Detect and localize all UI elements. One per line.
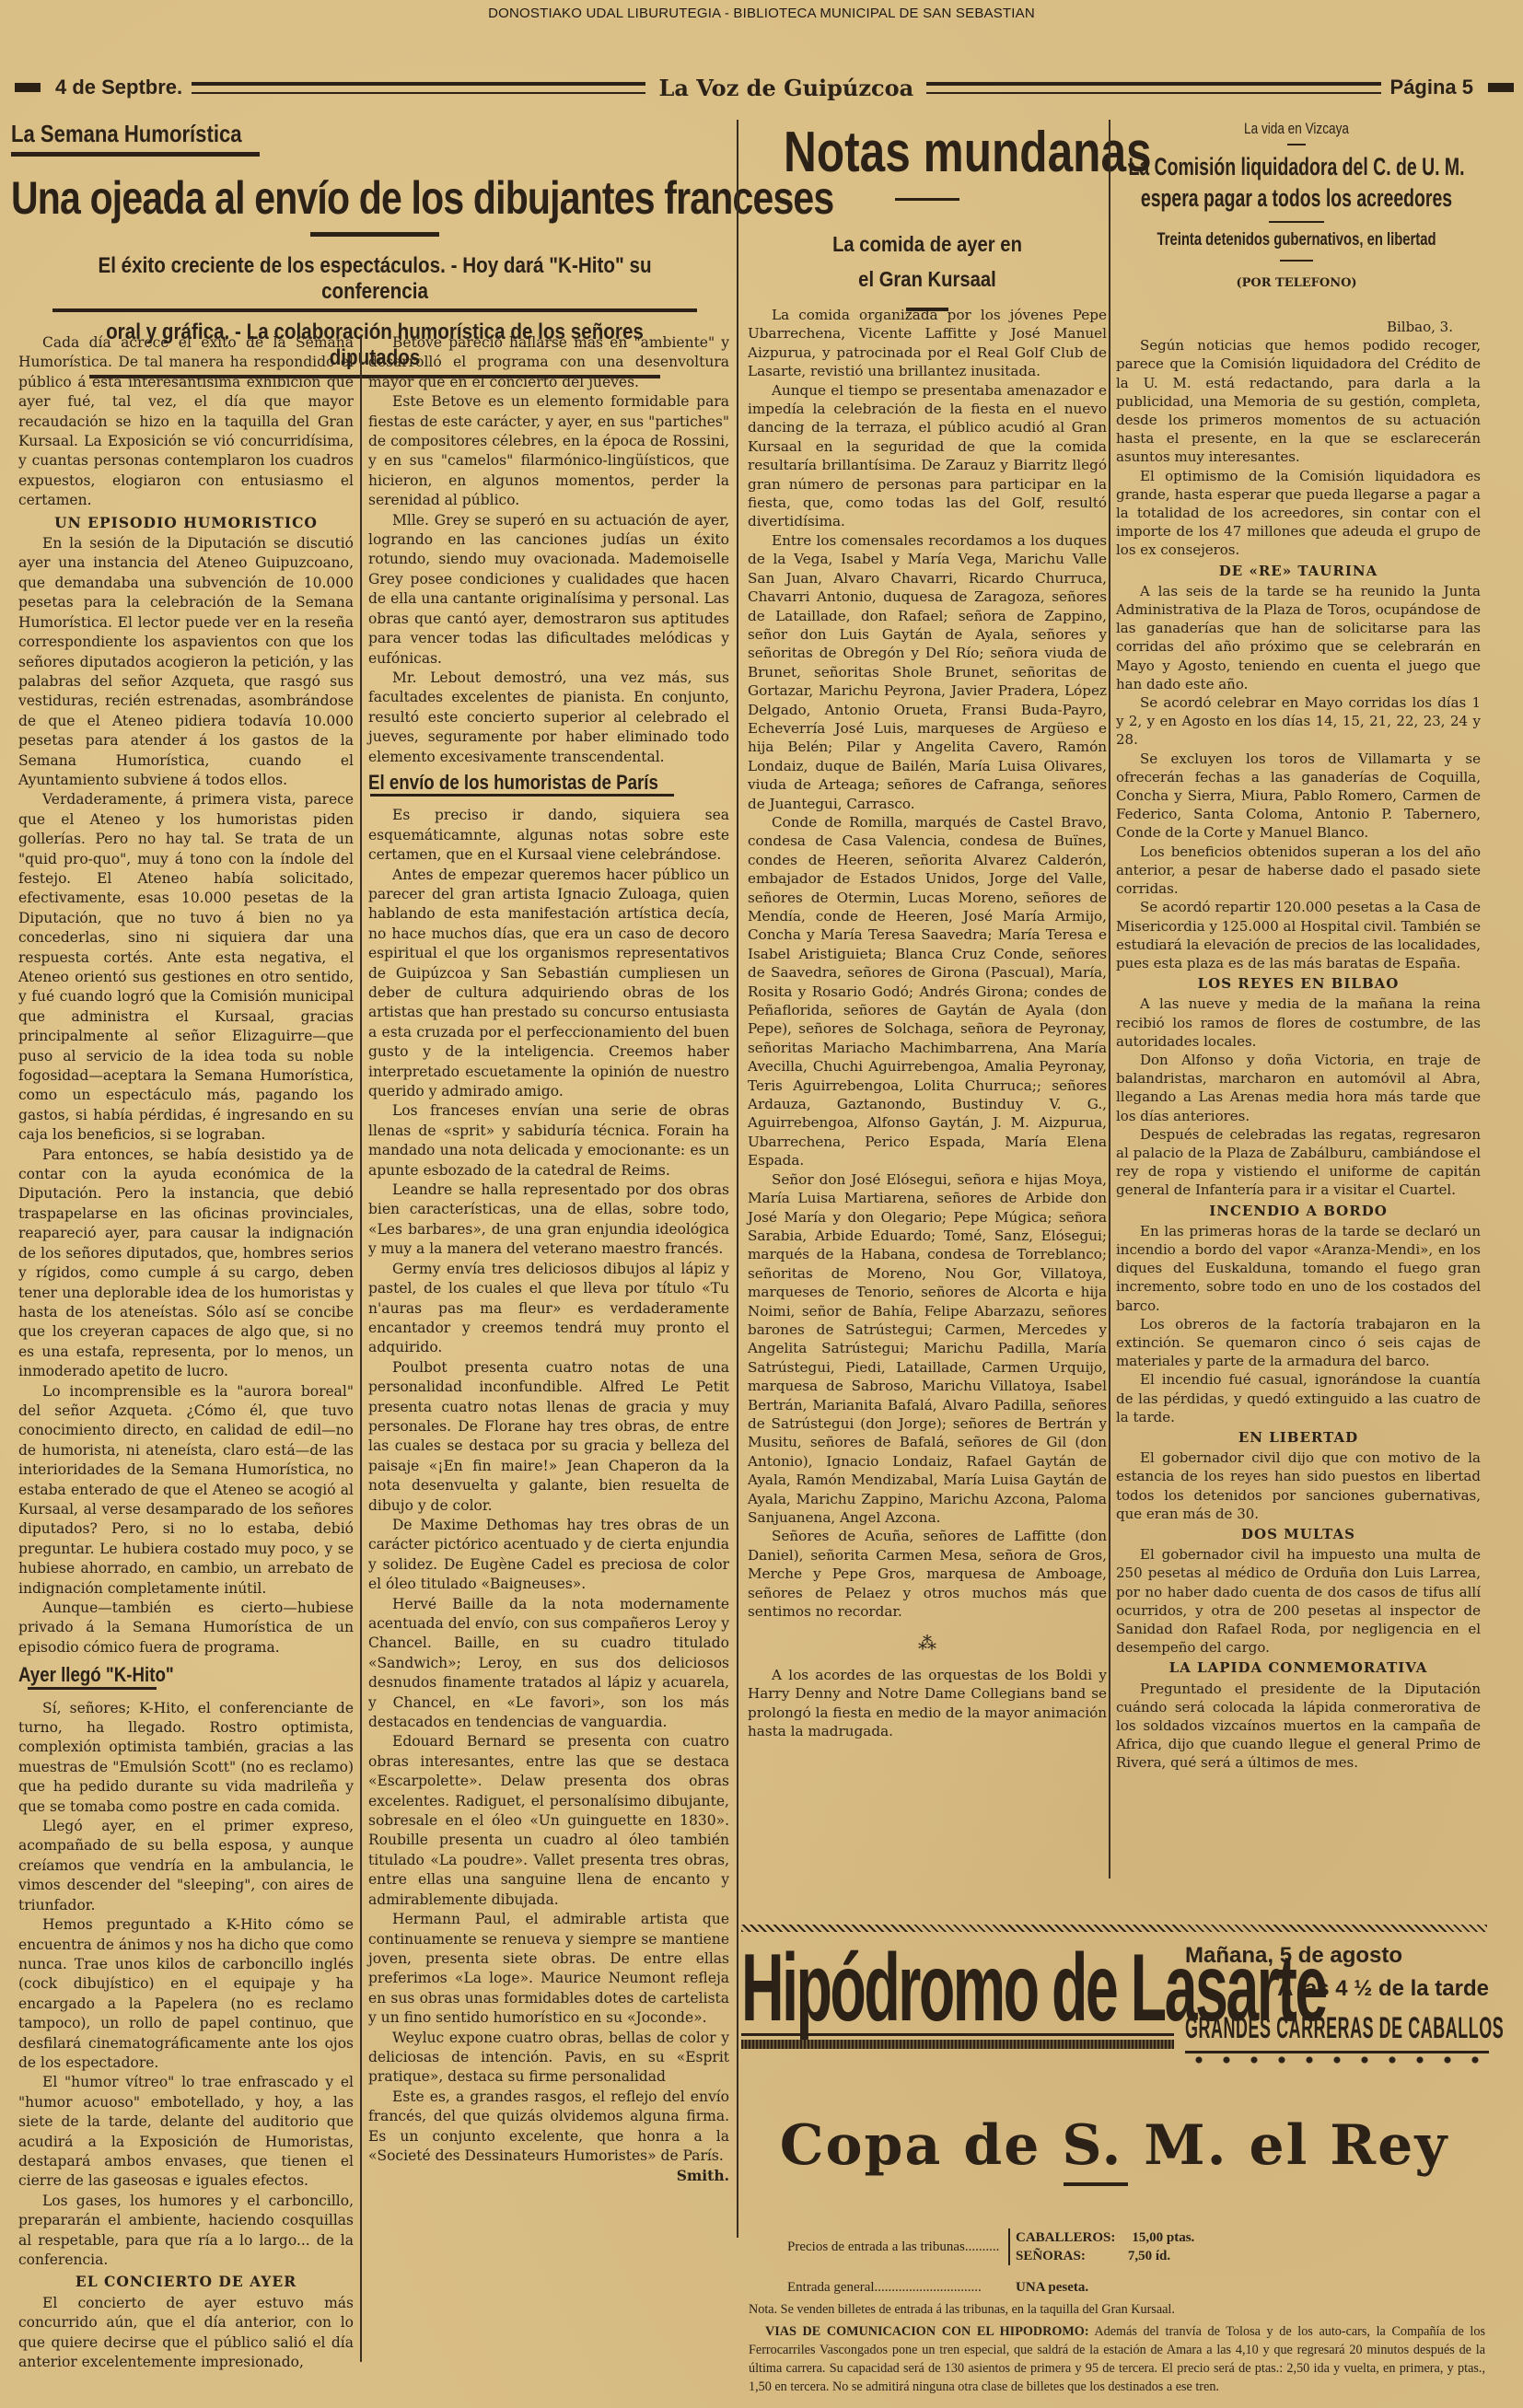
paragraph: Poulbot presenta cuatro notas de una per… (368, 1358, 729, 1516)
masthead: 4 de Septbre. La Voz de Guipúzcoa Página… (9, 72, 1519, 103)
paragraph: De Maxime Dethomas hay tres obras de un … (368, 1516, 729, 1595)
headline-rule (1269, 221, 1324, 223)
paragraph: Se excluyen los toros de Villamarta y se… (1116, 750, 1481, 843)
headline: Una ojeada al envío de los dibujantes fr… (11, 171, 608, 225)
paragraph: Los beneficios obtenidos superan a los d… (1116, 843, 1481, 899)
advert-title: Hipódromo de Lasarte (741, 1934, 1016, 2043)
paragraph: Señores de Acuña, señores de Laffitte (d… (748, 1527, 1107, 1621)
advert-event: GRANDES CARRERAS DE CABALLOS (1185, 2011, 1355, 2045)
cup-rule (1064, 2182, 1128, 2186)
paragraph: Se acordó repartir 120.000 pesetas a la … (1116, 898, 1481, 972)
subhead-rule (1280, 260, 1313, 262)
subheading: UN EPISODIO HUMORISTICO (18, 513, 354, 532)
column-2: Betove pareció hallarse mas en "ambiente… (368, 333, 729, 2186)
paragraph: Entre los comensales recordamos a los du… (748, 531, 1107, 813)
paragraph: Betove pareció hallarse mas en "ambiente… (368, 333, 729, 392)
masthead-rule (192, 82, 645, 94)
section-label: La Semana Humorística (11, 120, 630, 148)
paragraph: Para entonces, se había desistido ya de … (18, 1146, 354, 1382)
section-underline (11, 152, 260, 157)
paragraph: El concierto de ayer estuvo más concurri… (18, 2294, 354, 2373)
paragraph: Después de celebradas las regatas, regre… (1116, 1125, 1481, 1200)
zigzag-border (741, 1925, 1487, 1932)
paragraph: Llegó ayer, en el primer expreso, acompa… (18, 1817, 354, 1915)
subheading: LOS REYES EN BILBAO (1116, 974, 1481, 993)
advert-date: Mañana, 5 de agosto (1185, 1943, 1489, 1969)
notas-subhead: La comida de ayer en el Gran Kursaal (830, 227, 1024, 297)
price-value: 7,50 íd. (1128, 2247, 1170, 2265)
ornament-icon: ⁂ (748, 1634, 1107, 1652)
subheading: EN LIBERTAD (1116, 1428, 1481, 1447)
paragraph: El gobernador civil ha impuesto una mult… (1116, 1545, 1481, 1657)
notas-headline: Notas mundanas (784, 120, 1071, 185)
subheading: LA LAPIDA CONMEMORATIVA (1116, 1658, 1481, 1677)
vizcaya-subhead: Treinta detenidos gubernativos, en liber… (1155, 230, 1439, 250)
vizcaya-body: Bilbao, 3. Según noticias que hemos podi… (1116, 318, 1481, 1773)
dateline: Bilbao, 3. (1116, 318, 1481, 336)
price-label: CABALLEROS: (1016, 2228, 1115, 2247)
vizcaya-section: La vida en Vizcaya (1151, 120, 1443, 138)
paragraph: Hemos preguntado a K-Hito cómo se encuen… (18, 1915, 354, 2073)
general-entry-value: UNA peseta. (1008, 2280, 1088, 2296)
subheading: INCENDIO A BORDO (1116, 1202, 1481, 1220)
diamond-border (1185, 2051, 1489, 2066)
subheading: DOS MULTAS (1116, 1525, 1481, 1543)
newspaper-title: La Voz de Guipúzcoa (645, 75, 926, 101)
price-value: 15,00 ptas. (1132, 2228, 1194, 2247)
paragraph: Mr. Lebout demostró, una vez más, sus fa… (368, 669, 729, 767)
paragraph: A las nueve y media de la mañana la rein… (1116, 995, 1481, 1051)
transport-title: VIAS DE COMUNICACION CON EL HIPODROMO: (765, 2324, 1089, 2339)
price-label: SEÑORAS: (1016, 2247, 1086, 2265)
paragraph: Don Alfonso y doña Victoria, en traje de… (1116, 1051, 1481, 1125)
paragraph: Leandre se halla representado por dos ob… (368, 1181, 729, 1260)
title-rule-hatched (741, 2040, 1174, 2049)
paragraph: Los obreros de la factoría trabajaron en… (1116, 1315, 1481, 1371)
k-hito-heading: Ayer llegó "K-Hito" (18, 1665, 303, 1684)
paragraph: Verdaderamente, á primera vista, parece … (18, 790, 354, 1145)
vizcaya-headline: La Comisión liquidadora del C. de U. M. … (1118, 151, 1476, 214)
paragraph: Cada día acrece el éxito de la Semana Hu… (18, 333, 354, 511)
section-rule (1287, 144, 1306, 145)
paragraph: Germy envía tres deliciosos dibujos al l… (368, 1260, 729, 1358)
subheading: DE «RE» TAURINA (1116, 562, 1481, 580)
cup-title: Copa de S. M. el Rey (741, 2113, 1487, 2178)
paragraph: Lo incomprensible es la "aurora boreal" … (18, 1382, 354, 1599)
paragraph: Sí, señores; K-Hito, el conferenciante d… (18, 1699, 354, 1817)
headline-rule (310, 232, 439, 237)
paragraph: Según noticias que hemos podido recoger,… (1116, 336, 1481, 466)
notas-header: Notas mundanas La comida de ayer en el G… (748, 120, 1107, 311)
paragraph: A los acordes de las orquestas de los Bo… (748, 1666, 1107, 1741)
advert-time: A las 4 ½ de la tarde (1185, 1976, 1489, 2002)
column-divider (737, 120, 738, 2238)
subheadline-1: El éxito creciente de los espectáculos. … (62, 253, 687, 305)
paragraph: Aunque el tiempo se presentaba amenazado… (748, 381, 1107, 531)
advert-notes: Nota. Se venden billetes de entrada á la… (749, 2300, 1485, 2396)
subhead-rule (52, 308, 697, 312)
advert-note: Nota. Se venden billetes de entrada á la… (749, 2300, 1485, 2319)
heading-underline (28, 1687, 157, 1690)
paragraph: Es preciso ir dando, siquiera sea esquem… (368, 806, 729, 865)
heading-underline (370, 794, 674, 797)
signature: Smith. (368, 2166, 729, 2185)
paragraph: Este es, a grandes rasgos, el reflejo de… (368, 2088, 729, 2167)
paragraph: Los gases, los humores y el carboncillo,… (18, 2192, 354, 2271)
paris-heading: El envío de los humoristas de París (368, 773, 675, 792)
paragraph: El "humor vítreo" lo trae enfrascado y e… (18, 2073, 354, 2191)
title-rule (741, 2033, 1174, 2036)
subheading: EL CONCIERTO DE AYER (18, 2272, 354, 2291)
paragraph: Los franceses envían una serie de obras … (368, 1101, 729, 1181)
paragraph: Conde de Romilla, marqués de Castel Brav… (748, 813, 1107, 1170)
paragraph: En la sesión de la Diputación se discuti… (18, 534, 354, 790)
headline-rule (895, 198, 959, 201)
paragraph: La comida organizada por los jóvenes Pep… (748, 306, 1107, 381)
paragraph: A las seis de la tarde se ha reunido la … (1116, 582, 1481, 693)
issue-date: 4 de Septbre. (46, 76, 192, 99)
vizcaya-header: La vida en Vizcaya La Comisión liquidado… (1114, 120, 1479, 290)
paragraph: El gobernador civil dijo que con motivo … (1116, 1448, 1481, 1523)
transport-info: VIAS DE COMUNICACION CON EL HIPODROMO: A… (749, 2322, 1485, 2396)
page-number: Página 5 (1381, 76, 1482, 99)
paragraph: Weyluc expone cuatro obras, bellas de co… (368, 2029, 729, 2088)
column-divider (360, 336, 362, 2362)
paragraph: Mlle. Grey se superó en su actuación de … (368, 511, 729, 669)
paragraph: Señor don José Elósegui, señora e hijas … (748, 1170, 1107, 1528)
archive-watermark: DONOSTIAKO UDAL LIBURUTEGIA - BIBLIOTECA… (0, 6, 1523, 21)
paragraph: Hervé Baille da la nota modernamente ace… (368, 1595, 729, 1733)
price-list: CABALLEROS:15,00 ptas. SEÑORAS:7,50 íd. (1008, 2228, 1194, 2265)
paragraph: Edouard Bernard se presenta con cuatro o… (368, 1732, 729, 1910)
paragraph: El optimismo de la Comisión liquidadora … (1116, 467, 1481, 560)
ornament-right (1488, 83, 1514, 92)
column-1: Cada día acrece el éxito de la Semana Hu… (18, 333, 354, 2372)
hipodromo-advert: Hipódromo de Lasarte Mañana, 5 de agosto… (741, 1925, 1496, 2385)
paragraph: Hermann Paul, el admirable artista que c… (368, 1910, 729, 2028)
paragraph: Este Betove es un elemento formidable pa… (368, 392, 729, 510)
paragraph: Preguntado el presidente de la Diputació… (1116, 1680, 1481, 1773)
masthead-rule (926, 82, 1380, 94)
paragraph: Antes de empezar queremos hacer público … (368, 866, 729, 1102)
notas-body: La comida organizada por los jóvenes Pep… (748, 306, 1107, 1740)
paragraph: El incendio fué casual, ignorándose la c… (1116, 1370, 1481, 1426)
ornament-left (15, 83, 41, 92)
paragraph: Se acordó celebrar en Mayo corridas los … (1116, 693, 1481, 750)
tribune-price-label: Precios de entrada a las tribunas.......… (787, 2239, 1008, 2255)
byline: (POR TELEFONO) (1114, 276, 1479, 290)
paragraph: En las primeras horas de la tarde se dec… (1116, 1222, 1481, 1315)
paragraph: Aunque—también es cierto—hubiese privado… (18, 1599, 354, 1658)
column-divider (1109, 120, 1110, 1879)
general-entry-label: Entrada general.........................… (787, 2280, 1008, 2296)
